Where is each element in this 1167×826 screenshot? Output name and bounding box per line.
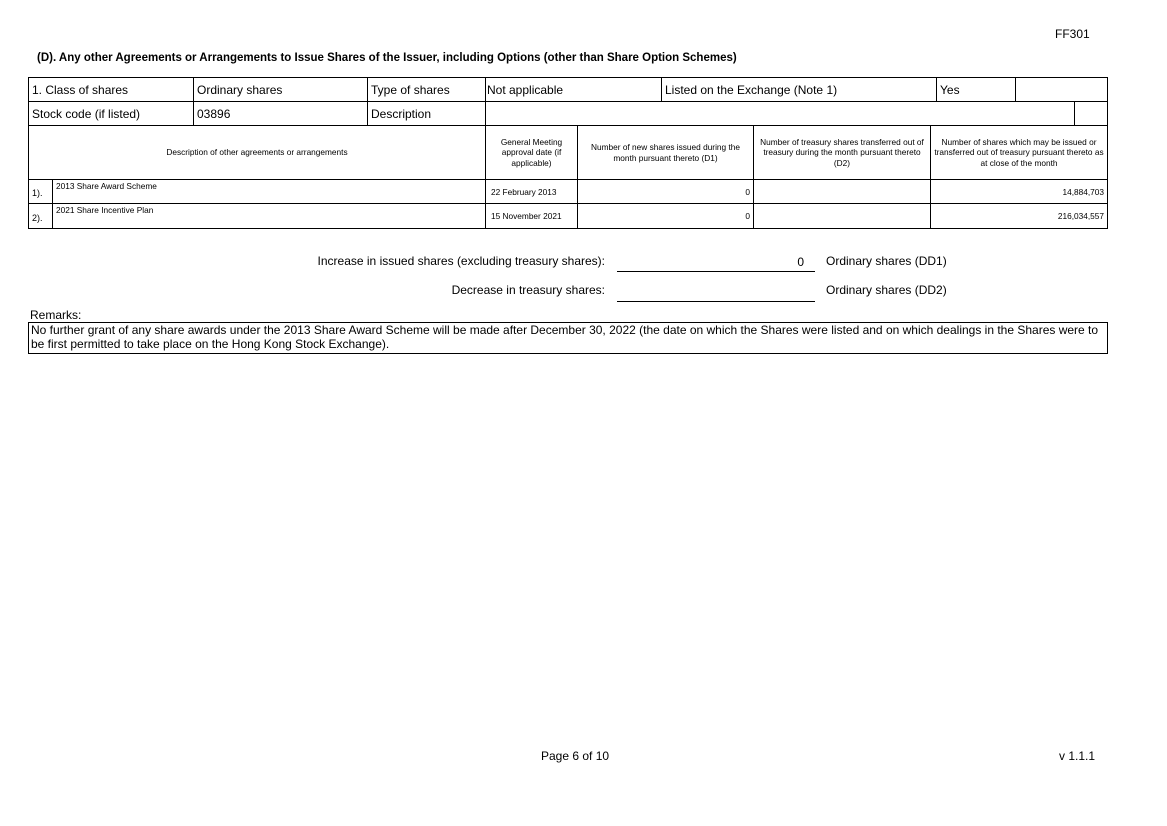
row-2-index: 2). (28, 203, 53, 229)
row-1-new-shares-d1: 0 (577, 179, 754, 204)
header-approval-date: General Meeting approval date (if applic… (485, 125, 578, 180)
class-of-shares-value: Ordinary shares (193, 77, 368, 102)
decrease-value (617, 282, 815, 302)
stock-code-label: Stock code (if listed) (28, 101, 194, 126)
stock-code-value: 03896 (193, 101, 368, 126)
header-may-be-issued: Number of shares which may be issued or … (930, 125, 1108, 180)
row-2-new-shares-d1: 0 (577, 203, 754, 229)
increase-unit: Ordinary shares (DD1) (826, 254, 947, 268)
decrease-label: Decrease in treasury shares: (452, 283, 605, 297)
row-1-index: 1). (28, 179, 53, 204)
listed-on-exchange-label: Listed on the Exchange (Note 1) (661, 77, 937, 102)
listed-extra-cell (1015, 77, 1108, 102)
description-label: Description (367, 101, 486, 126)
row-1-approval-date: 22 February 2013 (485, 179, 578, 204)
row-1-may-be-issued: 14,884,703 (930, 179, 1108, 204)
listed-on-exchange-value: Yes (936, 77, 1016, 102)
row-1-treasury-d2 (753, 179, 931, 204)
row-1-description: 2013 Share Award Scheme (52, 179, 486, 204)
decrease-unit: Ordinary shares (DD2) (826, 283, 947, 297)
remarks-label: Remarks: (30, 308, 81, 322)
type-of-shares-label: Type of shares (367, 77, 486, 102)
header-treasury-d2: Number of treasury shares transferred ou… (753, 125, 931, 180)
header-description: Description of other agreements or arran… (28, 125, 486, 180)
page-number: Page 6 of 10 (541, 749, 609, 763)
increase-label: Increase in issued shares (excluding tre… (318, 254, 605, 268)
section-title: (D). Any other Agreements or Arrangement… (37, 52, 737, 64)
version-label: v 1.1.1 (1059, 749, 1095, 763)
header-new-shares-d1: Number of new shares issued during the m… (577, 125, 754, 180)
form-code: FF301 (1055, 27, 1090, 41)
row-2-approval-date: 15 November 2021 (485, 203, 578, 229)
row-2-may-be-issued: 216,034,557 (930, 203, 1108, 229)
description-value (485, 101, 1075, 126)
row-2-description: 2021 Share Incentive Plan (52, 203, 486, 229)
class-of-shares-label: 1. Class of shares (28, 77, 194, 102)
increase-value: 0 (617, 252, 815, 272)
type-of-shares-value: Not applicable (485, 77, 662, 102)
row-2-treasury-d2 (753, 203, 931, 229)
description-extra-cell (1074, 101, 1108, 126)
remarks-text: No further grant of any share awards und… (28, 322, 1108, 354)
